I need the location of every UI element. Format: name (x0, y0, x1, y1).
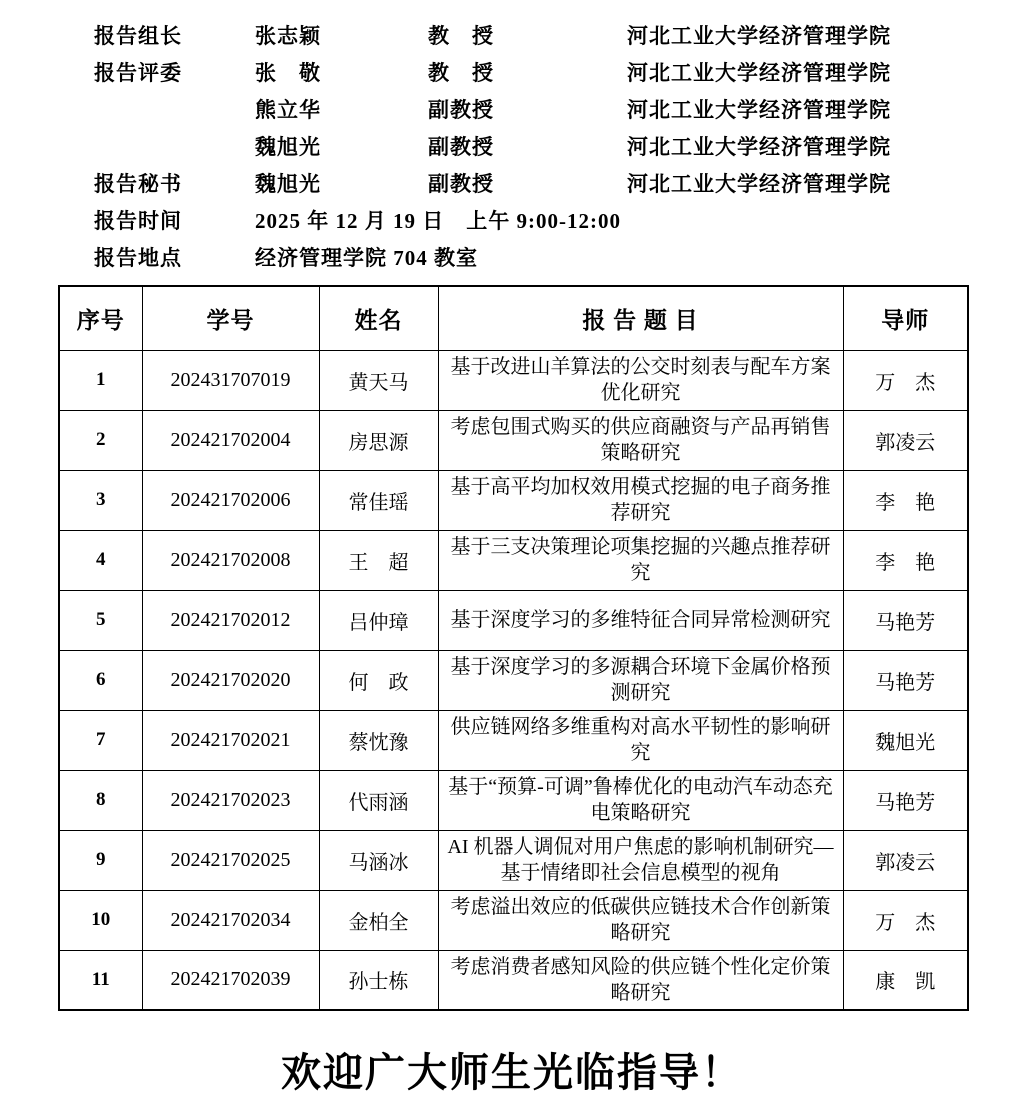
info-name: 魏旭光 (255, 168, 428, 198)
table-row: 5202421702012吕仲璋基于深度学习的多维特征合同异常检测研究马艳芳 (59, 590, 968, 650)
info-title: 副教授 (428, 131, 627, 161)
info-title: 副教授 (428, 168, 627, 198)
info-row: 报告评委张 敬教 授河北工业大学经济管理学院 (94, 57, 1024, 94)
cell-number: 6 (59, 650, 142, 710)
info-row: 报告时间2025 年 12 月 19 日 上午 9:00-12:00 (94, 205, 1024, 242)
info-name: 张 敬 (255, 57, 428, 87)
cell-advisor: 马艳芳 (843, 590, 968, 650)
table-row: 8202421702023代雨涵基于“预算-可调”鲁棒优化的电动汽车动态充电策略… (59, 770, 968, 830)
cell-student-id: 202421702004 (142, 410, 319, 470)
cell-report-title: 考虑溢出效应的低碳供应链技术合作创新策略研究 (438, 890, 843, 950)
cell-name: 代雨涵 (319, 770, 438, 830)
info-org: 河北工业大学经济管理学院 (627, 168, 1024, 198)
cell-advisor: 郭凌云 (843, 410, 968, 470)
cell-name: 蔡忱豫 (319, 710, 438, 770)
cell-student-id: 202421702021 (142, 710, 319, 770)
cell-student-id: 202421702020 (142, 650, 319, 710)
info-value: 经济管理学院 704 教室 (255, 242, 1024, 272)
cell-report-title: 基于改进山羊算法的公交时刻表与配车方案优化研究 (438, 350, 843, 410)
cell-advisor: 康 凯 (843, 950, 968, 1010)
info-row: 魏旭光副教授河北工业大学经济管理学院 (94, 131, 1024, 168)
cell-number: 3 (59, 470, 142, 530)
cell-advisor: 万 杰 (843, 890, 968, 950)
cell-report-title: 基于深度学习的多维特征合同异常检测研究 (438, 590, 843, 650)
cell-report-title: AI 机器人调侃对用户焦虑的影响机制研究—基于情绪即社会信息模型的视角 (438, 830, 843, 890)
cell-student-id: 202421702039 (142, 950, 319, 1010)
cell-student-id: 202421702023 (142, 770, 319, 830)
cell-report-title: 基于高平均加权效用模式挖掘的电子商务推荐研究 (438, 470, 843, 530)
info-label: 报告时间 (94, 205, 255, 235)
cell-student-id: 202421702006 (142, 470, 319, 530)
cell-number: 5 (59, 590, 142, 650)
cell-name: 孙士栋 (319, 950, 438, 1010)
cell-name: 常佳瑶 (319, 470, 438, 530)
cell-number: 2 (59, 410, 142, 470)
document-page: 报告组长张志颖教 授河北工业大学经济管理学院报告评委张 敬教 授河北工业大学经济… (0, 0, 1024, 1114)
cell-advisor: 马艳芳 (843, 770, 968, 830)
cell-advisor: 李 艳 (843, 530, 968, 590)
cell-advisor: 魏旭光 (843, 710, 968, 770)
info-name: 魏旭光 (255, 131, 428, 161)
schedule-body: 1202431707019黄天马基于改进山羊算法的公交时刻表与配车方案优化研究万… (59, 350, 968, 1010)
welcome-message: 欢迎广大师生光临指导！ (0, 1041, 1024, 1098)
column-header: 导师 (843, 286, 968, 350)
cell-number: 10 (59, 890, 142, 950)
cell-report-title: 考虑包围式购买的供应商融资与产品再销售策略研究 (438, 410, 843, 470)
cell-student-id: 202431707019 (142, 350, 319, 410)
info-value: 2025 年 12 月 19 日 上午 9:00-12:00 (255, 205, 1024, 235)
table-row: 10202421702034金柏全考虑溢出效应的低碳供应链技术合作创新策略研究万… (59, 890, 968, 950)
cell-student-id: 202421702025 (142, 830, 319, 890)
info-org: 河北工业大学经济管理学院 (627, 57, 1024, 87)
cell-advisor: 马艳芳 (843, 650, 968, 710)
table-row: 2202421702004房思源考虑包围式购买的供应商融资与产品再销售策略研究郭… (59, 410, 968, 470)
cell-number: 8 (59, 770, 142, 830)
table-row: 3202421702006常佳瑶基于高平均加权效用模式挖掘的电子商务推荐研究李 … (59, 470, 968, 530)
info-row: 报告组长张志颖教 授河北工业大学经济管理学院 (94, 20, 1024, 57)
cell-report-title: 供应链网络多维重构对高水平韧性的影响研究 (438, 710, 843, 770)
info-row: 报告地点经济管理学院 704 教室 (94, 242, 1024, 279)
schedule-table: 序号学号姓名报 告 题 目导师 1202431707019黄天马基于改进山羊算法… (58, 285, 969, 1011)
table-row: 7202421702021蔡忱豫供应链网络多维重构对高水平韧性的影响研究魏旭光 (59, 710, 968, 770)
cell-name: 房思源 (319, 410, 438, 470)
cell-name: 吕仲璋 (319, 590, 438, 650)
cell-number: 9 (59, 830, 142, 890)
cell-number: 11 (59, 950, 142, 1010)
info-org: 河北工业大学经济管理学院 (627, 94, 1024, 124)
report-info-section: 报告组长张志颖教 授河北工业大学经济管理学院报告评委张 敬教 授河北工业大学经济… (0, 0, 1024, 279)
cell-report-title: 基于“预算-可调”鲁棒优化的电动汽车动态充电策略研究 (438, 770, 843, 830)
cell-advisor: 郭凌云 (843, 830, 968, 890)
cell-report-title: 基于深度学习的多源耦合环境下金属价格预测研究 (438, 650, 843, 710)
info-name: 熊立华 (255, 94, 428, 124)
info-title: 教 授 (428, 57, 627, 87)
cell-number: 7 (59, 710, 142, 770)
info-org: 河北工业大学经济管理学院 (627, 20, 1024, 50)
cell-name: 马涵冰 (319, 830, 438, 890)
table-row: 11202421702039孙士栋考虑消费者感知风险的供应链个性化定价策略研究康… (59, 950, 968, 1010)
column-header: 报 告 题 目 (438, 286, 843, 350)
table-row: 1202431707019黄天马基于改进山羊算法的公交时刻表与配车方案优化研究万… (59, 350, 968, 410)
info-org: 河北工业大学经济管理学院 (627, 131, 1024, 161)
column-header: 序号 (59, 286, 142, 350)
cell-report-title: 考虑消费者感知风险的供应链个性化定价策略研究 (438, 950, 843, 1010)
table-row: 4202421702008王 超基于三支决策理论项集挖掘的兴趣点推荐研究李 艳 (59, 530, 968, 590)
info-label: 报告评委 (94, 57, 255, 87)
cell-name: 金柏全 (319, 890, 438, 950)
cell-number: 4 (59, 530, 142, 590)
schedule-header-row: 序号学号姓名报 告 题 目导师 (59, 286, 968, 350)
cell-name: 王 超 (319, 530, 438, 590)
cell-number: 1 (59, 350, 142, 410)
cell-name: 何 政 (319, 650, 438, 710)
table-row: 9202421702025马涵冰AI 机器人调侃对用户焦虑的影响机制研究—基于情… (59, 830, 968, 890)
cell-student-id: 202421702034 (142, 890, 319, 950)
info-label: 报告地点 (94, 242, 255, 272)
info-label: 报告组长 (94, 20, 255, 50)
table-row: 6202421702020何 政基于深度学习的多源耦合环境下金属价格预测研究马艳… (59, 650, 968, 710)
cell-student-id: 202421702008 (142, 530, 319, 590)
info-label: 报告秘书 (94, 168, 255, 198)
cell-student-id: 202421702012 (142, 590, 319, 650)
info-title: 教 授 (428, 20, 627, 50)
column-header: 学号 (142, 286, 319, 350)
cell-advisor: 李 艳 (843, 470, 968, 530)
info-row: 熊立华副教授河北工业大学经济管理学院 (94, 94, 1024, 131)
cell-name: 黄天马 (319, 350, 438, 410)
cell-report-title: 基于三支决策理论项集挖掘的兴趣点推荐研究 (438, 530, 843, 590)
info-row: 报告秘书魏旭光副教授河北工业大学经济管理学院 (94, 168, 1024, 205)
info-title: 副教授 (428, 94, 627, 124)
column-header: 姓名 (319, 286, 438, 350)
cell-advisor: 万 杰 (843, 350, 968, 410)
info-name: 张志颖 (255, 20, 428, 50)
